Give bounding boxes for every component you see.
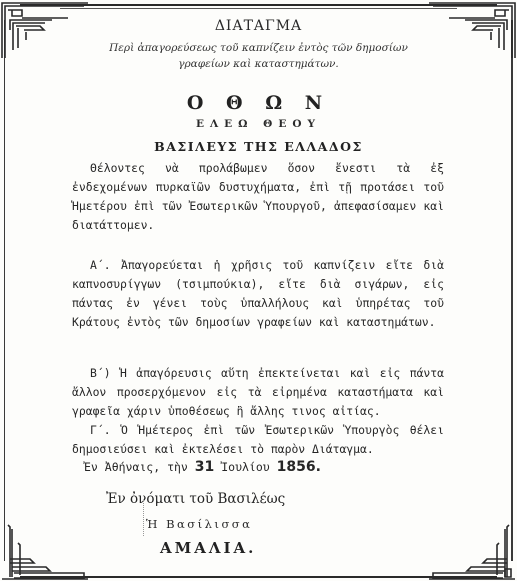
article-a: Α΄. Ἀπαγορεύεται ἡ χρῆσις τοῦ καπνίζειν … xyxy=(72,256,444,332)
article-label: Γ΄. xyxy=(90,423,111,437)
subtitle-line-1: Περὶ ἀπαγορεύσεως τοῦ καπνίζειν ἐντὸς τῶ… xyxy=(70,40,447,56)
decree-subtitle: Περὶ ἀπαγορεύσεως τοῦ καπνίζειν ἐντὸς τῶ… xyxy=(70,40,447,72)
signature-role: Ἡ Βασίλισσα xyxy=(146,517,252,531)
article-label: Α΄. xyxy=(90,258,111,272)
article-text: Ἀπαγορεύεται ἡ χρῆσις τοῦ καπνίζειν εἴτε… xyxy=(72,258,444,329)
decree-date: Ἐν Ἀθήναις, τὴν 31 Ἰουλίου 1856. xyxy=(84,459,321,475)
article-a-paragraph: Α΄. Ἀπαγορεύεται ἡ χρῆσις τοῦ καπνίζειν … xyxy=(72,256,444,332)
corner-ornament-bottom-right-icon xyxy=(427,521,517,581)
frame-top-border xyxy=(20,4,497,6)
signature-name: ΑΜΑΛΙΑ. xyxy=(160,539,256,557)
article-text: Ὁ Ἡμέτερος ἐπὶ τῶν Ἐσωτερικῶν Ὑπουργὸς θ… xyxy=(72,423,444,456)
article-c-paragraph: Γ΄. Ὁ Ἡμέτερος ἐπὶ τῶν Ἐσωτερικῶν Ὑπουργ… xyxy=(72,421,444,459)
paragraph-text: Θέλοντες νὰ προλάβωμεν ὅσον ἔνεστι τὰ ἐξ… xyxy=(72,159,444,235)
article-c: Γ΄. Ὁ Ἡμέτερος ἐπὶ τῶν Ἐσωτερικῶν Ὑπουργ… xyxy=(72,421,444,459)
frame-top-inner-border xyxy=(60,8,457,9)
signature-dotted-rule xyxy=(143,500,144,536)
decree-page: ΔΙΑΤΑΓΜΑ Περὶ ἀπαγορεύσεως τοῦ καπνίζειν… xyxy=(0,0,517,581)
signature-in-name-of: Ἐν ὀνόματι τοῦ Βασιλέως xyxy=(106,491,285,507)
preamble-paragraph: Θέλοντες νὰ προλάβωμεν ὅσον ἔνεστι τὰ ἐξ… xyxy=(72,159,444,235)
article-b: Β΄) Ἡ ἀπαγόρευσις αὕτη ἐπεκτείνεται καὶ … xyxy=(72,364,444,421)
subtitle-line-2: γραφείων καὶ καταστημάτων. xyxy=(70,56,447,72)
article-b-paragraph: Β΄) Ἡ ἀπαγόρευσις αὕτη ἐπεκτείνεται καὶ … xyxy=(72,364,444,421)
article-label: Β΄) xyxy=(90,366,111,380)
issuer-title: ΒΑΣΙΛΕΥΣ ΤΗΣ ΕΛΛΑΔΟΣ xyxy=(0,139,517,154)
issuer-grace: ΕΛΕΩ ΘΕΟΥ xyxy=(0,118,517,130)
corner-ornament-bottom-left-icon xyxy=(0,521,90,581)
decree-title: ΔΙΑΤΑΓΜΑ xyxy=(0,18,517,34)
date-year: 1856. xyxy=(277,459,321,475)
date-day: 31 xyxy=(195,459,214,475)
date-prefix: Ἐν Ἀθήναις, τὴν xyxy=(84,460,188,474)
date-month: Ἰουλίου xyxy=(221,460,269,474)
article-text: Ἡ ἀπαγόρευσις αὕτη ἐπεκτείνεται καὶ εἰς … xyxy=(72,366,444,418)
frame-bottom-border xyxy=(20,576,497,578)
issuer-name: Ο Θ Ω Ν xyxy=(0,92,517,114)
